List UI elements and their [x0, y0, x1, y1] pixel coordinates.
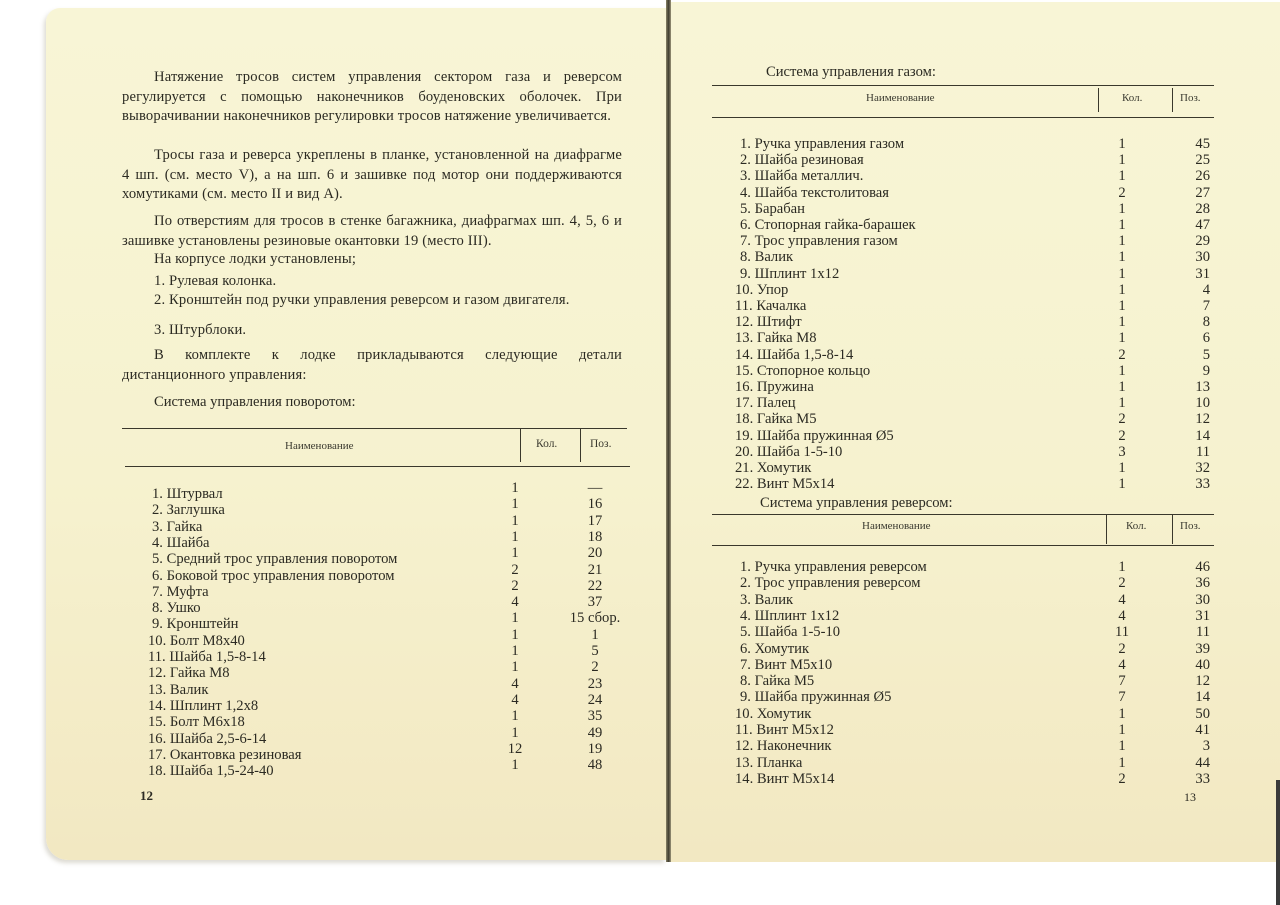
table-row-pos: 3: [1160, 738, 1210, 755]
table-row-pos: 41: [1160, 722, 1210, 739]
table-row-pos: 17: [555, 513, 635, 530]
page-number-right: 13: [1184, 790, 1196, 805]
table-row-name: 21. Хомутик: [735, 460, 811, 476]
table-row-qty: 12: [500, 741, 530, 758]
table-row-qty: 11: [1107, 624, 1137, 641]
table-row-pos: 22: [555, 578, 635, 595]
table-row-name: 19. Шайба пружинная Ø5: [735, 428, 894, 444]
table-row-pos: 33: [1160, 771, 1210, 788]
table-row-pos: 30: [1160, 249, 1210, 266]
table-row-qty: 1: [500, 610, 530, 627]
table-row-name: 6. Стопорная гайка-барашек: [740, 217, 916, 233]
table-row-pos: 30: [1160, 592, 1210, 609]
table-row-pos: 45: [1160, 136, 1210, 153]
table-row-qty: 1: [1107, 168, 1137, 185]
table-row-qty: 4: [1107, 608, 1137, 625]
table-row-name: 5. Шайба 1-5-10: [740, 624, 840, 640]
table-row-pos: 8: [1160, 314, 1210, 331]
table-row-pos: 35: [555, 708, 635, 725]
steering-table-title: Система управления поворотом:: [154, 394, 356, 411]
table-row-pos: 48: [555, 757, 635, 774]
table-row-qty: 1: [1107, 282, 1137, 299]
table-row-pos: 23: [555, 676, 635, 693]
header-name: Наименование: [862, 520, 931, 532]
table-row-qty: 2: [1107, 771, 1137, 788]
table-row-name: 11. Шайба 1,5-8-14: [148, 649, 266, 665]
table-row-qty: 4: [500, 676, 530, 693]
table-row-pos: 21: [555, 562, 635, 579]
table-row-qty: 1: [1107, 298, 1137, 315]
table-row-name: 8. Валик: [740, 249, 793, 265]
table-row-name: 14. Шайба 1,5-8-14: [735, 347, 853, 363]
table-row-pos: 6: [1160, 330, 1210, 347]
table-row-name: 2. Шайба резиновая: [740, 152, 864, 168]
table-row-qty: 1: [500, 725, 530, 742]
table-row-name: 10. Болт М8х40: [148, 633, 245, 649]
table-row-pos: 4: [1160, 282, 1210, 299]
table-row-pos: 1: [555, 627, 635, 644]
table-row-qty: 2: [500, 562, 530, 579]
table-row-qty: 1: [1107, 395, 1137, 412]
table-row-name: 3. Гайка: [152, 519, 202, 535]
table-row-qty: 2: [1107, 185, 1137, 202]
table-row-name: 2. Трос управления реверсом: [740, 575, 920, 591]
table-row-pos: 37: [555, 594, 635, 611]
table-row-name: 7. Винт М5х10: [740, 657, 832, 673]
table-row-name: 9. Шплинт 1х12: [740, 266, 839, 282]
table-row-pos: 14: [1160, 689, 1210, 706]
book-spine: [666, 0, 671, 862]
table-row-pos: 12: [1160, 411, 1210, 428]
table-row-name: 16. Пружина: [735, 379, 814, 395]
table-row-qty: 2: [1107, 411, 1137, 428]
table-row-qty: 1: [1107, 136, 1137, 153]
table-row-pos: 40: [1160, 657, 1210, 674]
table-row-name: 20. Шайба 1-5-10: [735, 444, 842, 460]
table-row-name: 13. Гайка М8: [735, 330, 817, 346]
table-row-pos: 33: [1160, 476, 1210, 493]
gas-table-title: Система управления газом:: [766, 64, 936, 81]
table-row-qty: 1: [1107, 330, 1137, 347]
table-row-pos: 11: [1160, 444, 1210, 461]
table-row-name: 4. Шайба: [152, 535, 210, 551]
table-row-name: 15. Болт М6х18: [148, 714, 245, 730]
table-row-qty: 4: [500, 692, 530, 709]
table-row-qty: 4: [1107, 657, 1137, 674]
table-row-qty: 7: [1107, 673, 1137, 690]
table-row-name: 17. Палец: [735, 395, 796, 411]
table-row-qty: 1: [1107, 706, 1137, 723]
table-row-qty: 1: [500, 757, 530, 774]
table-row-name: 11. Качалка: [735, 298, 806, 314]
header-qty: Кол.: [536, 438, 557, 450]
table-row-name: 10. Хомутик: [735, 706, 811, 722]
table-row-name: 3. Валик: [740, 592, 793, 608]
table-row-pos: —: [555, 480, 635, 497]
table-row-pos: 2: [555, 659, 635, 676]
table-row-pos: 36: [1160, 575, 1210, 592]
table-row-qty: 1: [500, 659, 530, 676]
table-row-pos: 44: [1160, 755, 1210, 772]
table-row-pos: 5: [555, 643, 635, 660]
table-row-name: 4. Шайба текстолитовая: [740, 185, 889, 201]
table-row-qty: 2: [1107, 575, 1137, 592]
scan-edge: [1276, 780, 1280, 905]
paragraph-installed-heading: На корпусе лодки установлены;: [122, 250, 622, 270]
installed-item: 3. Штурблоки.: [154, 321, 624, 341]
table-row-qty: 1: [500, 708, 530, 725]
header-name: Наименование: [866, 92, 935, 104]
table-row-name: 18. Шайба 1,5-24-40: [148, 763, 274, 779]
table-row-pos: 12: [1160, 673, 1210, 690]
table-row-name: 22. Винт М5х14: [735, 476, 834, 492]
table-row-pos: 28: [1160, 201, 1210, 218]
table-row-name: 8. Гайка М5: [740, 673, 814, 689]
table-row-name: 17. Окантовка резиновая: [148, 747, 301, 763]
table-row-name: 12. Штифт: [735, 314, 802, 330]
table-row-pos: 31: [1160, 608, 1210, 625]
table-row-pos: 11: [1160, 624, 1210, 641]
table-row-pos: 32: [1160, 460, 1210, 477]
table-row-qty: 1: [1107, 476, 1137, 493]
table-row-name: 9. Кронштейн: [152, 616, 238, 632]
header-qty: Кол.: [1126, 520, 1146, 532]
table-row-qty: 1: [1107, 722, 1137, 739]
header-pos: Поз.: [1180, 92, 1201, 104]
table-row-pos: 13: [1160, 379, 1210, 396]
table-row-qty: 1: [1107, 233, 1137, 250]
table-row-name: 14. Винт М5х14: [735, 771, 834, 787]
table-row-qty: 1: [1107, 460, 1137, 477]
table-row-qty: 1: [1107, 363, 1137, 380]
table-row-pos: 9: [1160, 363, 1210, 380]
table-row-pos: 18: [555, 529, 635, 546]
paragraph-kit: В комплекте к лодке прикладываются следу…: [122, 346, 622, 385]
table-row-name: 4. Шплинт 1х12: [740, 608, 839, 624]
table-row-qty: 1: [1107, 249, 1137, 266]
table-row-qty: 2: [1107, 428, 1137, 445]
table-row-name: 5. Средний трос управления поворотом: [152, 551, 397, 567]
table-row-pos: 29: [1160, 233, 1210, 250]
table-row-name: 6. Боковой трос управления поворотом: [152, 568, 394, 584]
table-row-qty: 1: [1107, 314, 1137, 331]
table-row-pos: 49: [555, 725, 635, 742]
table-row-qty: 1: [1107, 266, 1137, 283]
table-row-qty: 1: [500, 545, 530, 562]
table-row-qty: 1: [500, 513, 530, 530]
table-row-name: 11. Винт М5х12: [735, 722, 834, 738]
table-row-pos: 39: [1160, 641, 1210, 658]
table-row-qty: 1: [1107, 738, 1137, 755]
table-row-qty: 3: [1107, 444, 1137, 461]
table-row-qty: 2: [500, 578, 530, 595]
table-row-name: 15. Стопорное кольцо: [735, 363, 870, 379]
table-row-qty: 1: [500, 480, 530, 497]
table-row-name: 2. Заглушка: [152, 502, 225, 518]
table-row-name: 18. Гайка М5: [735, 411, 817, 427]
table-row-name: 8. Ушко: [152, 600, 201, 616]
table-row-qty: 1: [1107, 379, 1137, 396]
table-row-name: 14. Шплинт 1,2х8: [148, 698, 258, 714]
table-row-pos: 31: [1160, 266, 1210, 283]
table-row-pos: 27: [1160, 185, 1210, 202]
table-row-pos: 16: [555, 496, 635, 513]
table-row-name: 1. Ручка управления газом: [740, 136, 904, 152]
table-row-qty: 7: [1107, 689, 1137, 706]
header-pos: Поз.: [1180, 520, 1201, 532]
table-row-qty: 2: [1107, 347, 1137, 364]
table-row-name: 7. Трос управления газом: [740, 233, 898, 249]
installed-item: 2. Кронштейн под ручки управления реверс…: [122, 291, 622, 311]
table-row-qty: 1: [500, 496, 530, 513]
table-row-pos: 50: [1160, 706, 1210, 723]
table-row-name: 7. Муфта: [152, 584, 209, 600]
table-row-pos: 20: [555, 545, 635, 562]
table-row-pos: 46: [1160, 559, 1210, 576]
table-row-qty: 2: [1107, 641, 1137, 658]
paragraph-cable-tension: Натяжение тросов систем управления секто…: [122, 68, 622, 127]
table-row-name: 1. Штурвал: [152, 486, 223, 502]
table-row-qty: 1: [1107, 217, 1137, 234]
table-row-name: 1. Ручка управления реверсом: [740, 559, 927, 575]
table-row-name: 13. Планка: [735, 755, 802, 771]
table-row-pos: 19: [555, 741, 635, 758]
header-qty: Кол.: [1122, 92, 1142, 104]
paragraph-cable-mounting: Тросы газа и реверса укреплены в планке,…: [122, 146, 622, 205]
table-row-qty: 1: [500, 529, 530, 546]
table-row-name: 3. Шайба металлич.: [740, 168, 863, 184]
paragraph-rubber-edging: По отверстиям для тросов в стенке багажн…: [122, 212, 622, 251]
table-row-name: 9. Шайба пружинная Ø5: [740, 689, 891, 705]
table-row-name: 5. Барабан: [740, 201, 805, 217]
table-row-name: 6. Хомутик: [740, 641, 809, 657]
header-name: Наименование: [285, 440, 354, 452]
table-row-qty: 4: [1107, 592, 1137, 609]
table-row-name: 10. Упор: [735, 282, 788, 298]
table-row-name: 13. Валик: [148, 682, 208, 698]
page-number-left: 12: [140, 788, 153, 804]
table-row-pos: 15 сбор.: [555, 610, 635, 627]
table-row-pos: 5: [1160, 347, 1210, 364]
table-row-qty: 1: [1107, 755, 1137, 772]
table-row-pos: 47: [1160, 217, 1210, 234]
table-row-pos: 25: [1160, 152, 1210, 169]
table-row-pos: 26: [1160, 168, 1210, 185]
table-row-qty: 1: [1107, 201, 1137, 218]
table-row-pos: 7: [1160, 298, 1210, 315]
table-row-pos: 14: [1160, 428, 1210, 445]
table-row-name: 16. Шайба 2,5-6-14: [148, 731, 266, 747]
table-row-qty: 4: [500, 594, 530, 611]
table-row-qty: 1: [1107, 152, 1137, 169]
table-row-qty: 1: [500, 627, 530, 644]
table-row-name: 12. Наконечник: [735, 738, 832, 754]
table-row-name: 12. Гайка М8: [148, 665, 230, 681]
table-row-qty: 1: [500, 643, 530, 660]
installed-item: 1. Рулевая колонка.: [154, 272, 624, 292]
reverse-table-title: Система управления реверсом:: [760, 495, 953, 512]
header-pos: Поз.: [590, 438, 611, 450]
table-row-qty: 1: [1107, 559, 1137, 576]
table-row-pos: 24: [555, 692, 635, 709]
table-row-pos: 10: [1160, 395, 1210, 412]
